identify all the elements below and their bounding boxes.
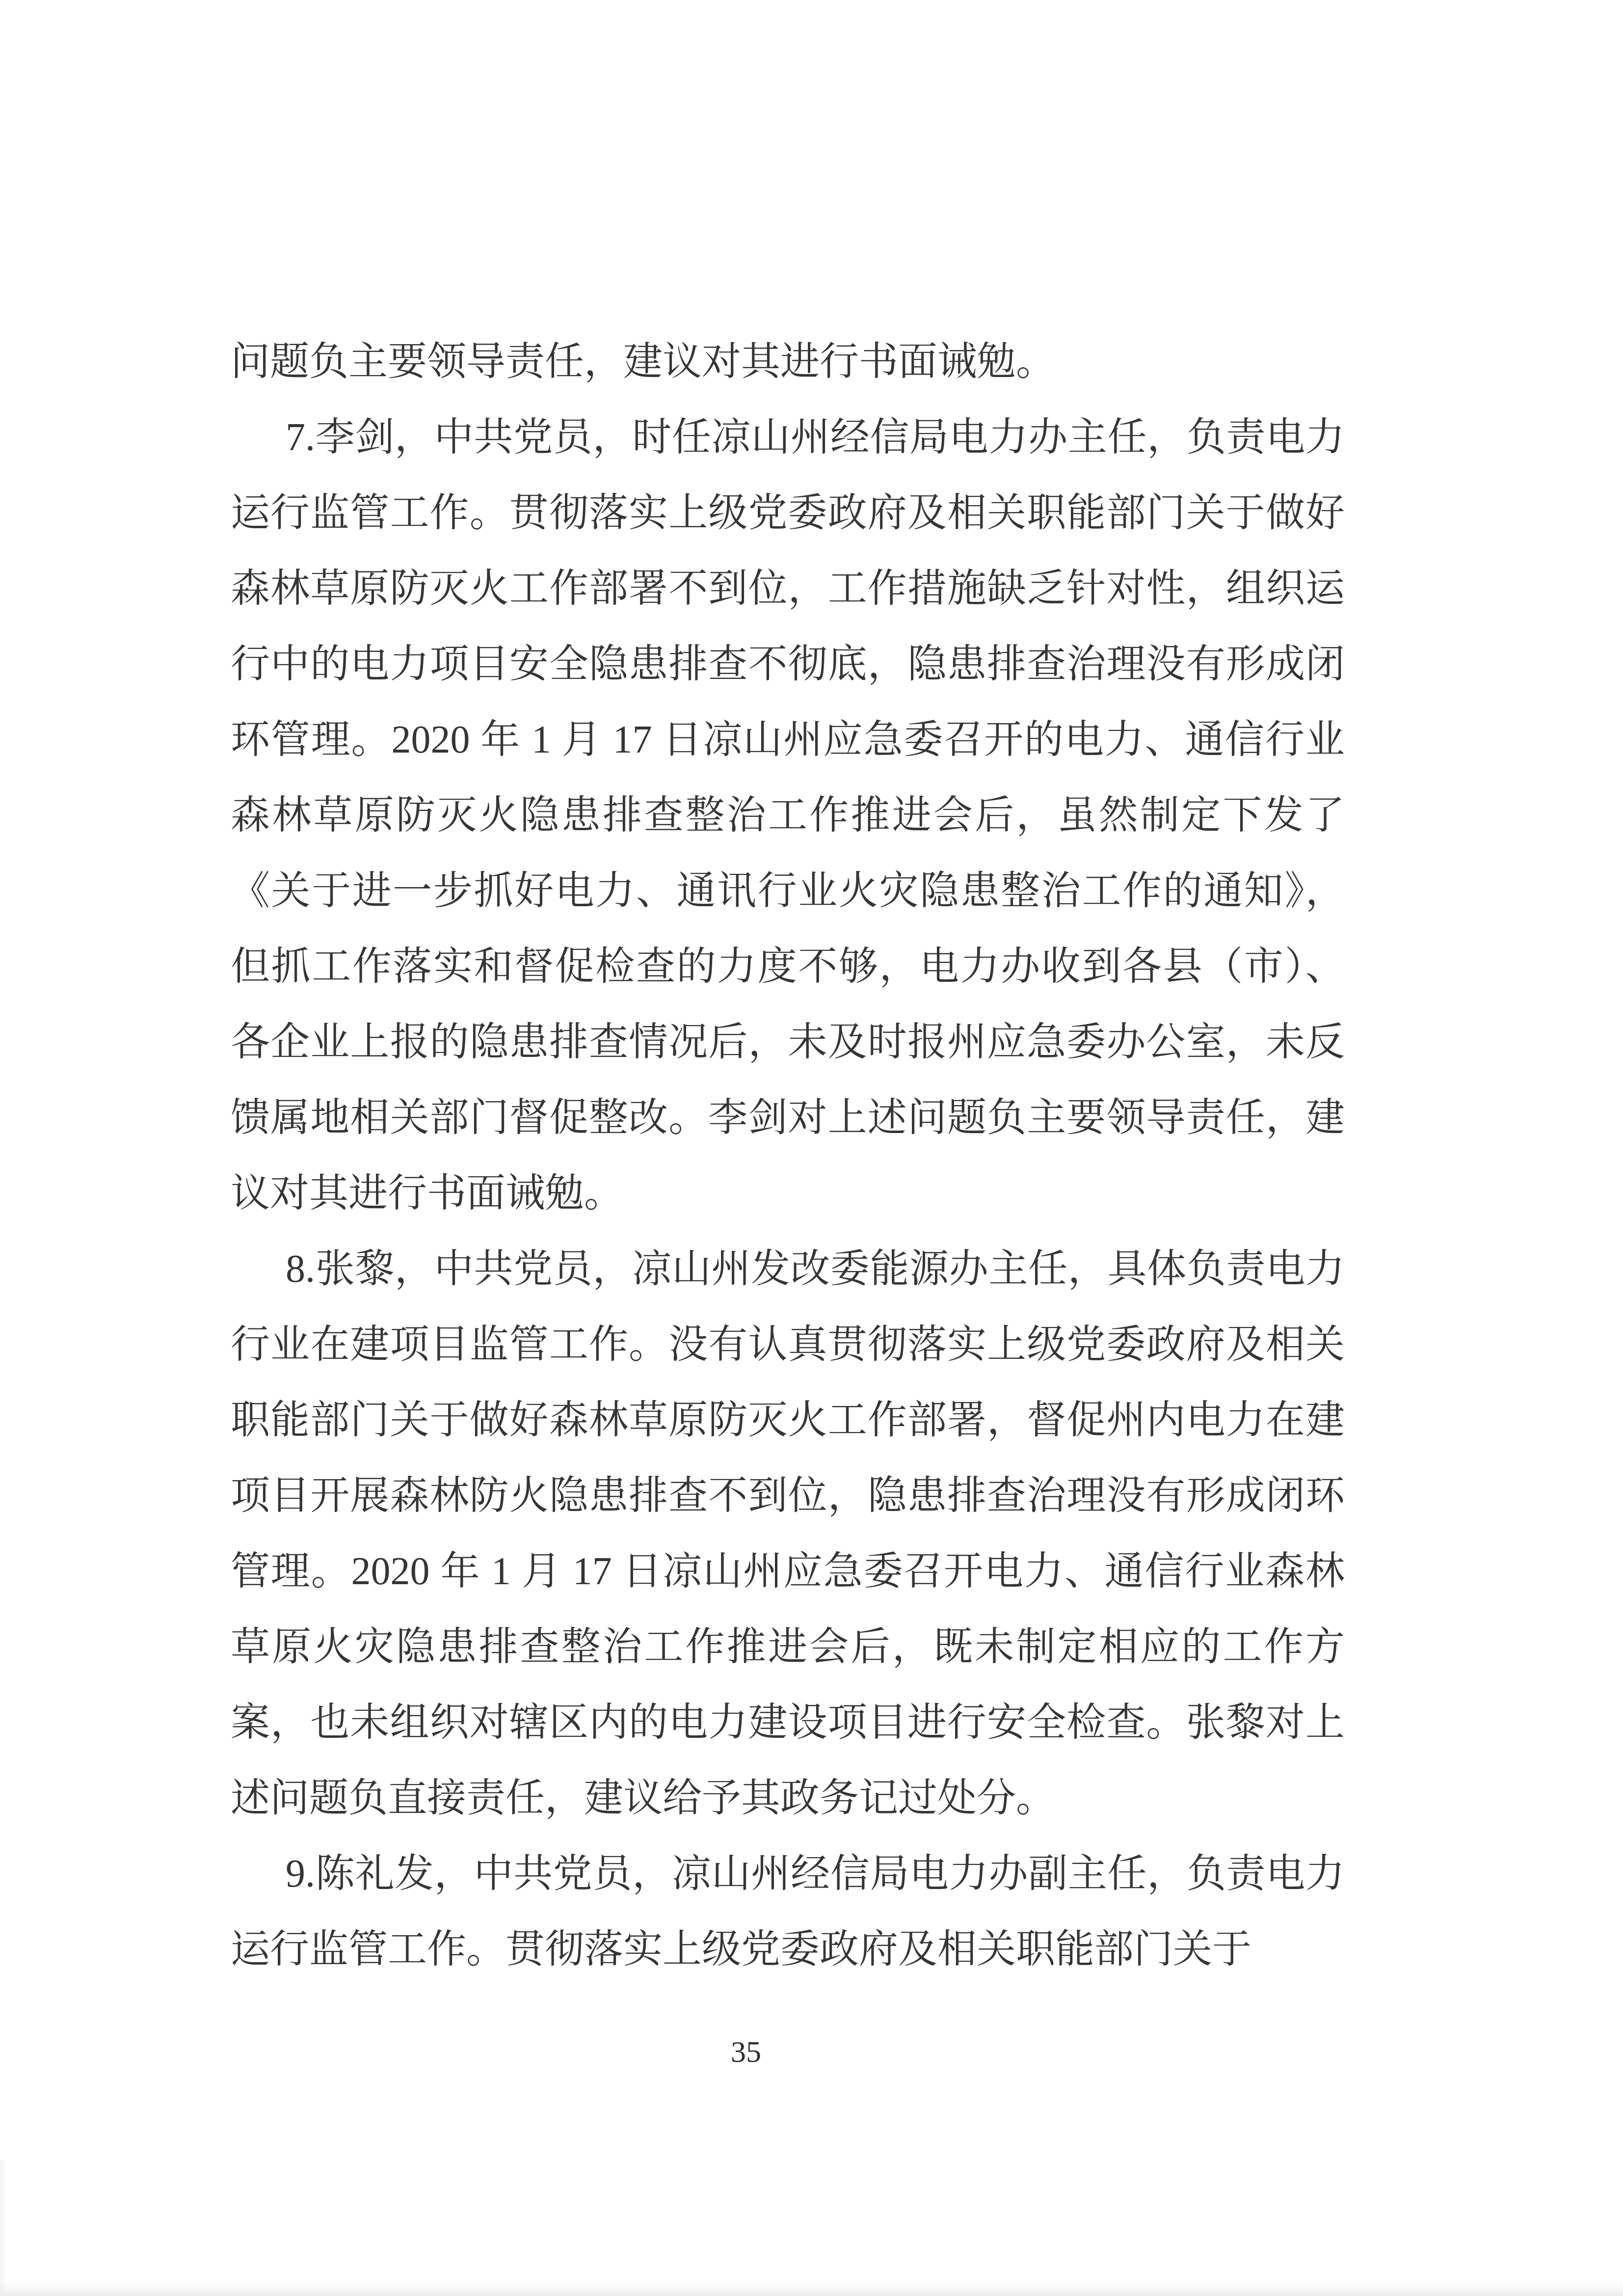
page-number: 35 xyxy=(707,2032,785,2072)
paragraph-item-9: 9.陈礼发，中共党员，凉山州经信局电力办副主任，负责电力运行监管工作。贯彻落实上… xyxy=(231,1836,1345,1987)
scan-edge-shadow-left xyxy=(0,2160,7,2296)
scan-edge-shadow-bottom xyxy=(0,2282,1623,2296)
document-page: 问题负主要领导责任，建议对其进行书面诫勉。 7.李剑，中共党员，时任凉山州经信局… xyxy=(0,0,1623,2296)
body-text: 问题负主要领导责任，建议对其进行书面诫勉。 7.李剑，中共党员，时任凉山州经信局… xyxy=(231,324,1345,1987)
paragraph-item-7: 7.李剑，中共党员，时任凉山州经信局电力办主任，负责电力运行监管工作。贯彻落实上… xyxy=(231,400,1345,1231)
paragraph-continuation: 问题负主要领导责任，建议对其进行书面诫勉。 xyxy=(231,324,1345,400)
paragraph-item-8: 8.张黎，中共党员，凉山州发改委能源办主任，具体负责电力行业在建项目监管工作。没… xyxy=(231,1231,1345,1836)
